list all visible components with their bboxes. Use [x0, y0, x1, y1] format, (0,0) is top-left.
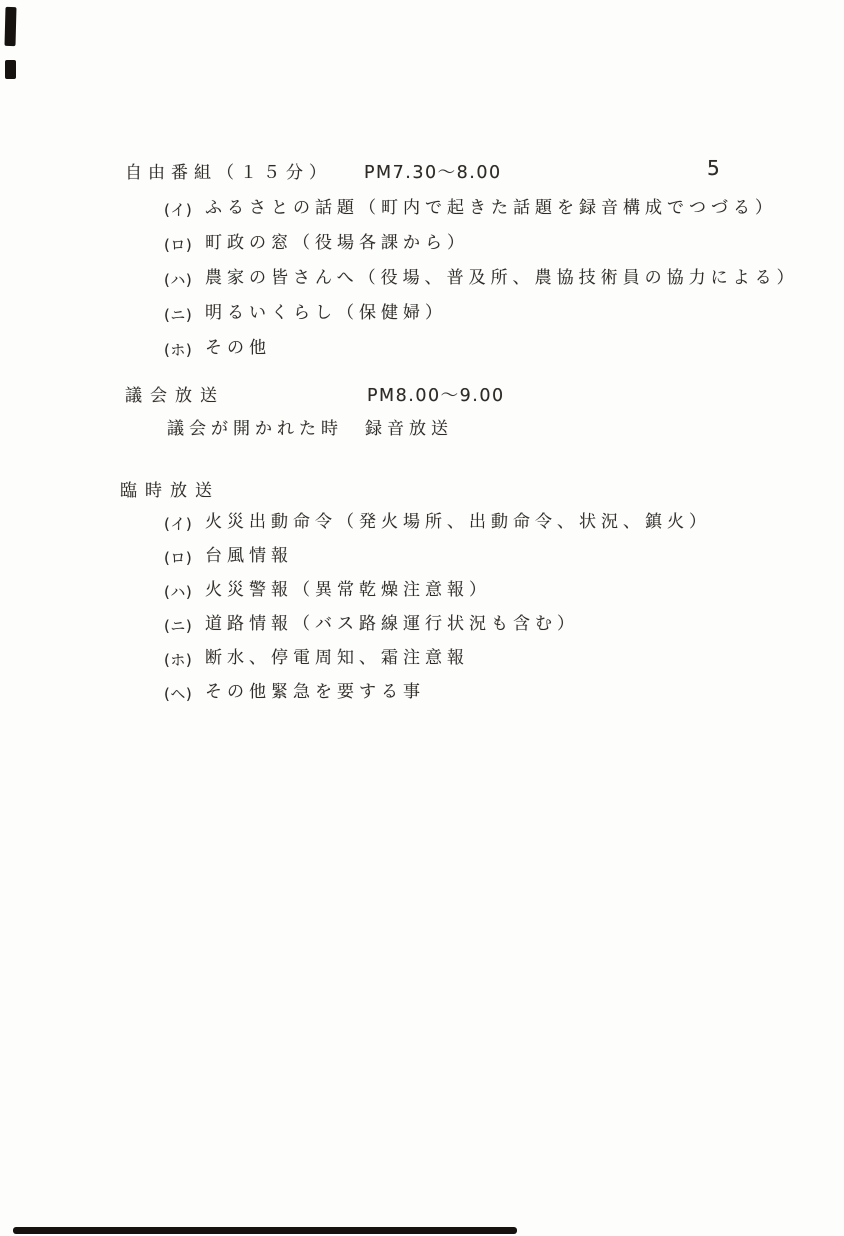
section-header: 自由番組（１５分） PM7.30〜8.00 — [125, 163, 844, 183]
list-item: (ニ) 道路情報（バス路線運行状況も含む） — [164, 614, 844, 636]
item-text: その他緊急を要する事 — [205, 682, 425, 704]
section-header: 臨時放送 — [120, 481, 844, 501]
list-item: (ロ) 町政の窓（役場各課から） — [164, 233, 844, 255]
item-marker: (ニ) — [164, 614, 205, 636]
program-item-list: (イ) 火災出動命令（発火場所、出動命令、状況、鎮火） (ロ) 台風情報 (ハ)… — [0, 512, 844, 704]
item-marker: (ハ) — [164, 580, 205, 602]
item-marker: (イ) — [164, 198, 205, 220]
list-item: (ロ) 台風情報 — [164, 546, 844, 568]
scan-artifact-top-left-1 — [4, 7, 16, 46]
program-item-list: (イ) ふるさとの話題（町内で起きた話題を録音構成でつづる） (ロ) 町政の窓（… — [0, 198, 844, 360]
item-text: その他 — [205, 338, 271, 360]
section-title: 議会放送 — [125, 386, 225, 406]
scan-artifact-bottom-bar — [13, 1227, 517, 1234]
section-special-broadcast: 臨時放送 (イ) 火災出動命令（発火場所、出動命令、状況、鎮火） (ロ) 台風情… — [0, 481, 844, 716]
section-duration: （１５分） — [217, 163, 332, 183]
list-item: (ヘ) その他緊急を要する事 — [164, 682, 844, 704]
item-marker: (ロ) — [164, 233, 205, 255]
item-marker: (ホ) — [164, 648, 205, 670]
item-text: 断水、停電周知、霜注意報 — [205, 648, 469, 670]
list-item: (ハ) 火災警報（異常乾燥注意報） — [164, 580, 844, 602]
section-council-broadcast: 議会放送 PM8.00〜9.00 議会が開かれた時 録音放送 — [0, 386, 844, 439]
item-text: 道路情報（バス路線運行状況も含む） — [205, 614, 579, 636]
item-marker: (ニ) — [164, 303, 205, 325]
item-text: 明るいくらし（保健婦） — [205, 303, 447, 325]
item-text: 町政の窓（役場各課から） — [205, 233, 469, 255]
section-free-program: 自由番組（１５分） PM7.30〜8.00 (イ) ふるさとの話題（町内で起きた… — [0, 163, 844, 373]
item-marker: (ハ) — [164, 268, 205, 290]
section-title: 自由番組 — [125, 163, 217, 183]
list-item: (ホ) その他 — [164, 338, 844, 360]
item-marker: (ロ) — [164, 546, 205, 568]
item-marker: (ヘ) — [164, 682, 205, 704]
list-item: (ハ) 農家の皆さんへ（役場、普及所、農協技術員の協力による） — [164, 268, 844, 290]
section-header: 議会放送 PM8.00〜9.00 — [125, 386, 844, 406]
item-marker: (ホ) — [164, 338, 205, 360]
item-marker: (イ) — [164, 512, 205, 534]
broadcast-time: PM8.00〜9.00 — [367, 386, 505, 406]
scan-artifact-top-left-2 — [5, 60, 16, 79]
list-item: (ニ) 明るいくらし（保健婦） — [164, 303, 844, 325]
section-title: 臨時放送 — [120, 481, 220, 501]
item-text: 農家の皆さんへ（役場、普及所、農協技術員の協力による） — [205, 268, 799, 290]
item-text: 台風情報 — [205, 546, 293, 568]
item-text: 火災警報（異常乾燥注意報） — [205, 580, 491, 602]
scanned-document-page: 5 自由番組（１５分） PM7.30〜8.00 (イ) ふるさとの話題（町内で起… — [0, 0, 844, 1236]
item-text: ふるさとの話題（町内で起きた話題を録音構成でつづる） — [205, 198, 777, 220]
section-note: 議会が開かれた時 録音放送 — [167, 419, 844, 439]
list-item: (イ) ふるさとの話題（町内で起きた話題を録音構成でつづる） — [164, 198, 844, 220]
list-item: (ホ) 断水、停電周知、霜注意報 — [164, 648, 844, 670]
list-item: (イ) 火災出動命令（発火場所、出動命令、状況、鎮火） — [164, 512, 844, 534]
broadcast-time: PM7.30〜8.00 — [364, 163, 502, 183]
item-text: 火災出動命令（発火場所、出動命令、状況、鎮火） — [205, 512, 711, 534]
